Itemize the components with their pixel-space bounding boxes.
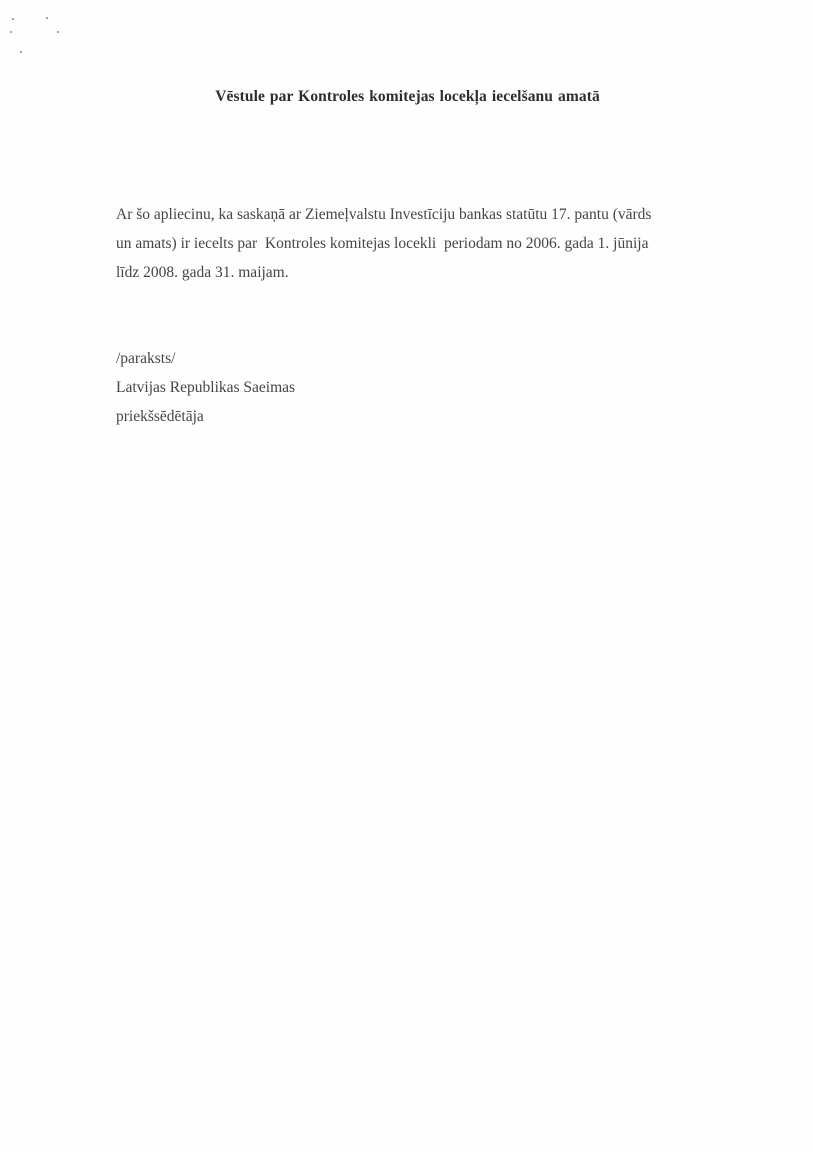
body-line: Ar šo apliecinu, ka saskaņā ar Ziemeļval… — [116, 200, 716, 229]
body-line: un amats) ir iecelts par Kontroles komit… — [116, 229, 716, 258]
scan-speck — [10, 31, 12, 33]
document-body: Ar šo apliecinu, ka saskaņā ar Ziemeļval… — [116, 200, 716, 287]
document-page: Vēstule par Kontroles komitejas locekļa … — [0, 0, 815, 1152]
signature-organization: Latvijas Republikas Saeimas — [116, 373, 295, 402]
signature-block: /paraksts/ Latvijas Republikas Saeimas p… — [116, 344, 295, 431]
document-title: Vēstule par Kontroles komitejas locekļa … — [0, 88, 815, 106]
scan-speck — [12, 18, 14, 20]
scan-speck — [20, 51, 22, 53]
scan-speck — [46, 17, 48, 19]
signature-mark: /paraksts/ — [116, 344, 295, 373]
scan-speck — [57, 31, 59, 33]
signature-position: priekšsēdētāja — [116, 402, 295, 431]
body-line: līdz 2008. gada 31. maijam. — [116, 258, 716, 287]
